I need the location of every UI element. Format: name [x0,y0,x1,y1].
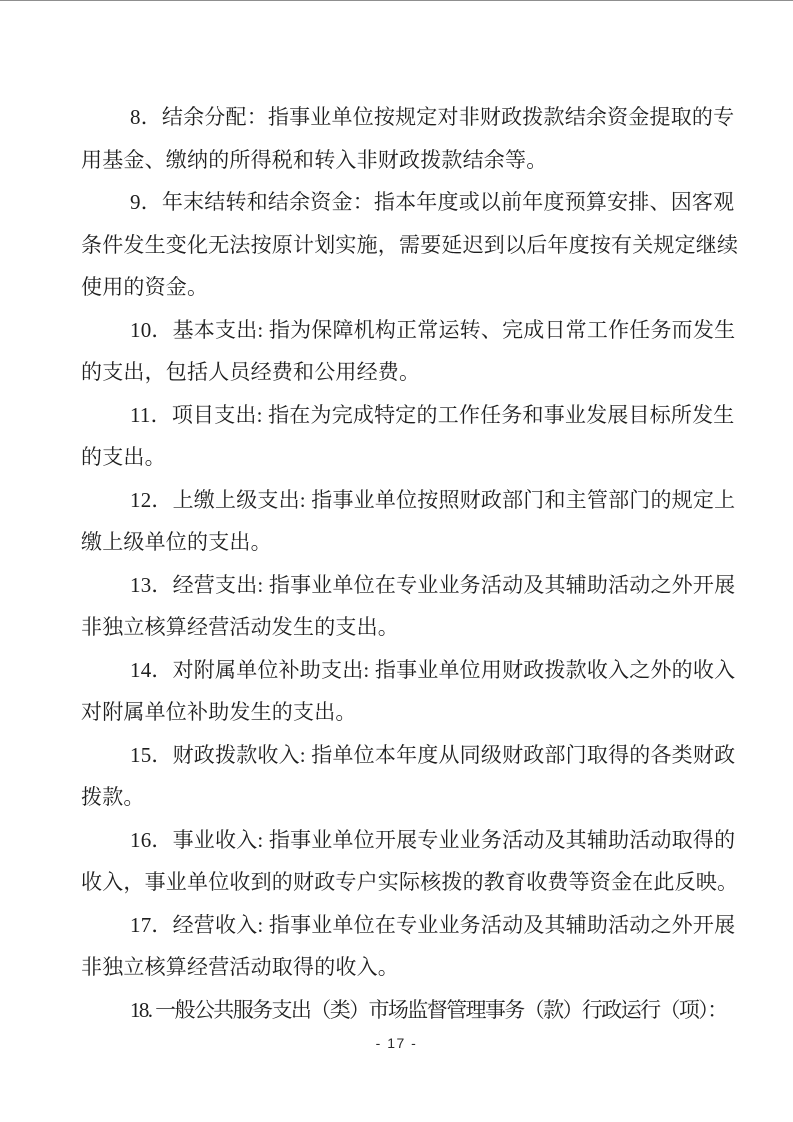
text-line: 8．结余分配：指事业单位按规定对非财政拨款结余资金提取的专 [81,96,749,139]
definition-paragraph-16: 16．事业收入: 指事业单位开展专业业务活动及其辅助活动取得的收入，事业单位收到… [81,819,749,904]
text-line: 11．项目支出: 指在为完成特定的工作任务和事业发展目标所发生 [81,394,749,437]
text-line: 对附属单位补助发生的支出。 [81,691,749,734]
definition-paragraph-17: 17．经营收入: 指事业单位在专业业务活动及其辅助活动之外开展非独立核算经营活动… [81,904,749,989]
definition-paragraph-11: 11．项目支出: 指在为完成特定的工作任务和事业发展目标所发生的支出。 [81,394,749,479]
text-line: 13．经营支出: 指事业单位在专业业务活动及其辅助活动之外开展 [81,564,749,607]
definition-paragraph-13: 13．经营支出: 指事业单位在专业业务活动及其辅助活动之外开展非独立核算经营活动… [81,564,749,649]
definition-paragraph-14: 14．对附属单位补助支出: 指事业单位用财政拨款收入之外的收入对附属单位补助发生… [81,649,749,734]
text-line: 拨款。 [81,776,749,819]
scan-edge-line [0,0,793,1]
text-line: 的支出，包括人员经费和公用经费。 [81,351,749,394]
definition-paragraph-9: 9．年末结转和结余资金：指本年度或以前年度预算安排、因客观条件发生变化无法按原计… [81,181,749,309]
text-line: 使用的资金。 [81,266,749,309]
definition-paragraph-18: 18. 一般公共服务支出（类）市场监督管理事务（款）行政运行（项）： [81,989,749,1032]
definition-paragraph-10: 10．基本支出: 指为保障机构正常运转、完成日常工作任务而发生的支出，包括人员经… [81,309,749,394]
definition-paragraph-8: 8．结余分配：指事业单位按规定对非财政拨款结余资金提取的专用基金、缴纳的所得税和… [81,96,749,181]
text-line: 条件发生变化无法按原计划实施，需要延迟到以后年度按有关规定继续 [81,224,749,267]
document-page: 8．结余分配：指事业单位按规定对非财政拨款结余资金提取的专用基金、缴纳的所得税和… [0,0,793,1122]
definition-paragraph-15: 15．财政拨款收入: 指单位本年度从同级财政部门取得的各类财政拨款。 [81,734,749,819]
text-line: 非独立核算经营活动发生的支出。 [81,606,749,649]
text-line: 10．基本支出: 指为保障机构正常运转、完成日常工作任务而发生 [81,309,749,352]
definition-paragraph-12: 12．上缴上级支出: 指事业单位按照财政部门和主管部门的规定上缴上级单位的支出。 [81,479,749,564]
text-line: 缴上级单位的支出。 [81,521,749,564]
definitions-text-block: 8．结余分配：指事业单位按规定对非财政拨款结余资金提取的专用基金、缴纳的所得税和… [81,96,749,1031]
text-line: 17．经营收入: 指事业单位在专业业务活动及其辅助活动之外开展 [81,904,749,947]
text-line: 的支出。 [81,436,749,479]
text-line: 14．对附属单位补助支出: 指事业单位用财政拨款收入之外的收入 [81,649,749,692]
text-line: 18. 一般公共服务支出（类）市场监督管理事务（款）行政运行（项）： [81,989,749,1032]
text-line: 12．上缴上级支出: 指事业单位按照财政部门和主管部门的规定上 [81,479,749,522]
text-line: 15．财政拨款收入: 指单位本年度从同级财政部门取得的各类财政 [81,734,749,777]
page-number: - 17 - [0,1035,793,1051]
text-line: 收入，事业单位收到的财政专户实际核拨的教育收费等资金在此反映。 [81,861,749,904]
text-line: 用基金、缴纳的所得税和转入非财政拨款结余等。 [81,139,749,182]
text-line: 非独立核算经营活动取得的收入。 [81,946,749,989]
text-line: 9．年末结转和结余资金：指本年度或以前年度预算安排、因客观 [81,181,749,224]
text-line: 16．事业收入: 指事业单位开展专业业务活动及其辅助活动取得的 [81,819,749,862]
